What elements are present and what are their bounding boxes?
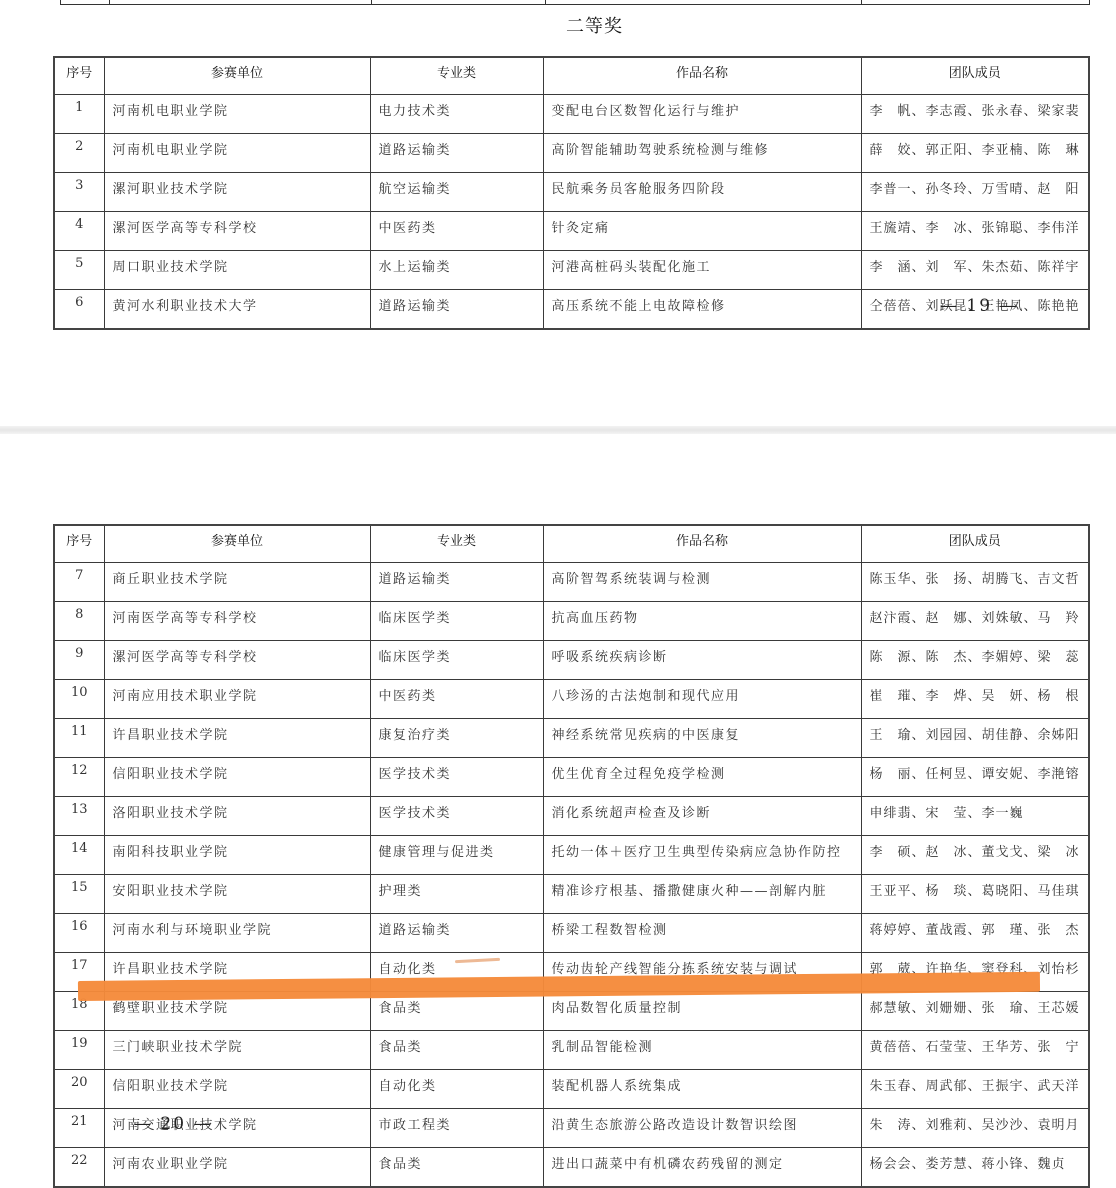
cell-unit: 漯河医学高等专科学校 (104, 212, 370, 251)
column-header-no: 序号 (54, 525, 104, 563)
previous-table-bottom-edge (60, 0, 1090, 5)
awards-table-page-20: 序号 参赛单位 专业类 作品名称 团队成员 7商丘职业技术学院道路运输类高阶智驾… (53, 524, 1090, 1188)
cell-unit: 河南应用技术职业学院 (104, 680, 370, 719)
cell-unit: 信阳职业技术学院 (104, 758, 370, 797)
cell-category: 医学技术类 (370, 797, 543, 836)
cell-number: 15 (54, 875, 104, 914)
cell-team-members: 李 帆、李志霞、张永春、梁家裴 (861, 95, 1089, 134)
cell-work-title: 装配机器人系统集成 (543, 1070, 861, 1109)
cell-team-members: 朱 涛、刘雅莉、吴沙沙、袁明月 (861, 1109, 1089, 1148)
cell-category: 自动化类 (370, 1070, 543, 1109)
cell-team-members: 申绯翡、宋 莹、李一巍 (861, 797, 1089, 836)
table-row: 19三门峡职业技术学院食品类乳制品智能检测黄蓓蓓、石莹莹、王华芳、张 宁 (54, 1031, 1089, 1070)
cell-category: 医学技术类 (370, 758, 543, 797)
cell-work-title: 沿黄生态旅游公路改造设计数智识绘图 (543, 1109, 861, 1148)
cell-category: 电力技术类 (370, 95, 543, 134)
column-header-no: 序号 (54, 57, 104, 95)
table-row: 11许昌职业技术学院康复治疗类神经系统常见疾病的中医康复王 瑜、刘园园、胡佳静、… (54, 719, 1089, 758)
page-number: — 19 — (940, 296, 1018, 316)
cell-number: 8 (54, 602, 104, 641)
cell-number: 3 (54, 173, 104, 212)
cell-unit: 信阳职业技术学院 (104, 1070, 370, 1109)
cell-unit: 河南农业职业学院 (104, 1148, 370, 1188)
cell-team-members: 李 硕、赵 冰、董戈戈、梁 冰 (861, 836, 1089, 875)
cell-number: 5 (54, 251, 104, 290)
cell-work-title: 高阶智驾系统装调与检测 (543, 563, 861, 602)
cell-work-title: 民航乘务员客舱服务四阶段 (543, 173, 861, 212)
cell-category: 航空运输类 (370, 173, 543, 212)
cell-work-title: 变配电台区数智化运行与维护 (543, 95, 861, 134)
cell-work-title: 进出口蔬菜中有机磷农药残留的测定 (543, 1148, 861, 1188)
cell-number: 20 (54, 1070, 104, 1109)
cell-team-members: 陈玉华、张 扬、胡腾飞、吉文哲 (861, 563, 1089, 602)
cell-work-title: 桥梁工程数智检测 (543, 914, 861, 953)
column-header-members: 团队成员 (861, 57, 1089, 95)
cell-work-title: 河港高桩码头装配化施工 (543, 251, 861, 290)
table-row: 2河南机电职业学院道路运输类高阶智能辅助驾驶系统检测与维修薛 姣、郭正阳、李亚楠… (54, 134, 1089, 173)
cell-unit: 周口职业技术学院 (104, 251, 370, 290)
column-header-members: 团队成员 (861, 525, 1089, 563)
cell-unit: 河南水利与环境职业学院 (104, 914, 370, 953)
cell-team-members: 朱玉春、周武郁、王振宇、武天洋 (861, 1070, 1089, 1109)
column-header-category: 专业类 (370, 57, 543, 95)
cell-category: 中医药类 (370, 212, 543, 251)
cell-category: 临床医学类 (370, 641, 543, 680)
cell-work-title: 肉品数智化质量控制 (543, 992, 861, 1031)
cell-number: 13 (54, 797, 104, 836)
cell-work-title: 八珍汤的古法炮制和现代应用 (543, 680, 861, 719)
table-row: 20信阳职业技术学院自动化类装配机器人系统集成朱玉春、周武郁、王振宇、武天洋 (54, 1070, 1089, 1109)
cell-unit: 商丘职业技术学院 (104, 563, 370, 602)
cell-category: 市政工程类 (370, 1109, 543, 1148)
cell-work-title: 乳制品智能检测 (543, 1031, 861, 1070)
table-row: 13洛阳职业技术学院医学技术类消化系统超声检查及诊断申绯翡、宋 莹、李一巍 (54, 797, 1089, 836)
cell-number: 2 (54, 134, 104, 173)
cell-category: 道路运输类 (370, 134, 543, 173)
cell-category: 护理类 (370, 875, 543, 914)
table-row: 6黄河水利职业技术大学道路运输类高压系统不能上电故障检修仝蓓蓓、刘跃昆、王艳凤、… (54, 290, 1089, 330)
document-page-19: 二等奖 序号 参赛单位 专业类 作品名称 团队成员 1河南机电职业学院电力技术类… (0, 0, 1116, 426)
cell-category: 道路运输类 (370, 914, 543, 953)
cell-number: 11 (54, 719, 104, 758)
cell-category: 食品类 (370, 1031, 543, 1070)
page-separator (0, 426, 1116, 434)
cell-unit: 黄河水利职业技术大学 (104, 290, 370, 330)
table-row: 12信阳职业技术学院医学技术类优生优育全过程免疫学检测杨 丽、任柯昱、谭安妮、李… (54, 758, 1089, 797)
cell-number: 16 (54, 914, 104, 953)
cell-category: 临床医学类 (370, 602, 543, 641)
cell-number: 22 (54, 1148, 104, 1188)
table-row: 14南阳科技职业学院健康管理与促进类托幼一体＋医疗卫生典型传染病应急协作防控李 … (54, 836, 1089, 875)
cell-unit: 漯河职业技术学院 (104, 173, 370, 212)
cell-team-members: 薛 姣、郭正阳、李亚楠、陈 琳 (861, 134, 1089, 173)
document-page-20: 序号 参赛单位 专业类 作品名称 团队成员 7商丘职业技术学院道路运输类高阶智驾… (0, 434, 1116, 1188)
cell-team-members: 郝慧敏、刘姗姗、张 瑜、王芯媛 (861, 992, 1089, 1031)
column-header-work: 作品名称 (543, 57, 861, 95)
column-header-unit: 参赛单位 (104, 525, 370, 563)
cell-team-members: 王旒靖、李 冰、张锦聪、李伟洋 (861, 212, 1089, 251)
cell-category: 水上运输类 (370, 251, 543, 290)
cell-work-title: 高阶智能辅助驾驶系统检测与维修 (543, 134, 861, 173)
table-row: 7商丘职业技术学院道路运输类高阶智驾系统装调与检测陈玉华、张 扬、胡腾飞、吉文哲 (54, 563, 1089, 602)
cell-team-members: 杨会会、娄芳慧、蒋小锋、魏贞 (861, 1148, 1089, 1188)
table-row: 16河南水利与环境职业学院道路运输类桥梁工程数智检测蒋婷婷、董战霞、郭 瑾、张 … (54, 914, 1089, 953)
cell-work-title: 托幼一体＋医疗卫生典型传染病应急协作防控 (543, 836, 861, 875)
cell-work-title: 消化系统超声检查及诊断 (543, 797, 861, 836)
cell-unit: 河南医学高等专科学校 (104, 602, 370, 641)
table-row: 3漯河职业技术学院航空运输类民航乘务员客舱服务四阶段李普一、孙冬玲、万雪晴、赵 … (54, 173, 1089, 212)
column-header-unit: 参赛单位 (104, 57, 370, 95)
cell-unit: 洛阳职业技术学院 (104, 797, 370, 836)
cell-team-members: 黄蓓蓓、石莹莹、王华芳、张 宁 (861, 1031, 1089, 1070)
cell-number: 12 (54, 758, 104, 797)
cell-number: 9 (54, 641, 104, 680)
cell-unit: 南阳科技职业学院 (104, 836, 370, 875)
cell-work-title: 精准诊疗根基、播撒健康火种——剖解内脏 (543, 875, 861, 914)
table-row: 10河南应用技术职业学院中医药类八珍汤的古法炮制和现代应用崔 璀、李 烨、吴 妍… (54, 680, 1089, 719)
cell-category: 健康管理与促进类 (370, 836, 543, 875)
cell-work-title: 针灸定痛 (543, 212, 861, 251)
cell-number: 4 (54, 212, 104, 251)
cell-team-members: 王亚平、杨 琰、葛晓阳、马佳琪 (861, 875, 1089, 914)
cell-category: 食品类 (370, 1148, 543, 1188)
table-row: 22河南农业职业学院食品类进出口蔬菜中有机磷农药残留的测定杨会会、娄芳慧、蒋小锋… (54, 1148, 1089, 1188)
cell-category: 道路运输类 (370, 290, 543, 330)
cell-team-members: 蒋婷婷、董战霞、郭 瑾、张 杰 (861, 914, 1089, 953)
section-title: 二等奖 (566, 12, 623, 38)
cell-unit: 三门峡职业技术学院 (104, 1031, 370, 1070)
cell-number: 19 (54, 1031, 104, 1070)
cell-team-members: 崔 璀、李 烨、吴 妍、杨 根 (861, 680, 1089, 719)
column-header-work: 作品名称 (543, 525, 861, 563)
cell-number: 10 (54, 680, 104, 719)
cell-work-title: 呼吸系统疾病诊断 (543, 641, 861, 680)
cell-number: 1 (54, 95, 104, 134)
cell-team-members: 杨 丽、任柯昱、谭安妮、李滟镕 (861, 758, 1089, 797)
cell-unit: 漯河医学高等专科学校 (104, 641, 370, 680)
cell-number: 14 (54, 836, 104, 875)
cell-category: 康复治疗类 (370, 719, 543, 758)
cell-unit: 河南机电职业学院 (104, 95, 370, 134)
page-number: — 20 — (134, 1114, 212, 1134)
cell-unit: 河南机电职业学院 (104, 134, 370, 173)
cell-unit: 安阳职业技术学院 (104, 875, 370, 914)
table-row: 1河南机电职业学院电力技术类变配电台区数智化运行与维护李 帆、李志霞、张永春、梁… (54, 95, 1089, 134)
table-header-row: 序号 参赛单位 专业类 作品名称 团队成员 (54, 525, 1089, 563)
cell-team-members: 李 涵、刘 军、朱杰茹、陈祥宇 (861, 251, 1089, 290)
cell-unit: 许昌职业技术学院 (104, 719, 370, 758)
cell-work-title: 优生优育全过程免疫学检测 (543, 758, 861, 797)
cell-team-members: 赵汴霞、赵 娜、刘姝敏、马 羚 (861, 602, 1089, 641)
table-row: 9漯河医学高等专科学校临床医学类呼吸系统疾病诊断陈 源、陈 杰、李媚婷、梁 蕊 (54, 641, 1089, 680)
cell-work-title: 抗高血压药物 (543, 602, 861, 641)
table-row: 15安阳职业技术学院护理类精准诊疗根基、播撒健康火种——剖解内脏王亚平、杨 琰、… (54, 875, 1089, 914)
column-header-category: 专业类 (370, 525, 543, 563)
cell-team-members: 李普一、孙冬玲、万雪晴、赵 阳 (861, 173, 1089, 212)
cell-team-members: 王 瑜、刘园园、胡佳静、余姊阳 (861, 719, 1089, 758)
cell-work-title: 神经系统常见疾病的中医康复 (543, 719, 861, 758)
cell-work-title: 高压系统不能上电故障检修 (543, 290, 861, 330)
cell-number: 7 (54, 563, 104, 602)
cell-category: 道路运输类 (370, 563, 543, 602)
awards-table-page-19: 序号 参赛单位 专业类 作品名称 团队成员 1河南机电职业学院电力技术类变配电台… (53, 56, 1090, 330)
cell-team-members: 陈 源、陈 杰、李媚婷、梁 蕊 (861, 641, 1089, 680)
table-row: 4漯河医学高等专科学校中医药类针灸定痛王旒靖、李 冰、张锦聪、李伟洋 (54, 212, 1089, 251)
table-header-row: 序号 参赛单位 专业类 作品名称 团队成员 (54, 57, 1089, 95)
table-row: 8河南医学高等专科学校临床医学类抗高血压药物赵汴霞、赵 娜、刘姝敏、马 羚 (54, 602, 1089, 641)
cell-category: 中医药类 (370, 680, 543, 719)
table-row: 5周口职业技术学院水上运输类河港高桩码头装配化施工李 涵、刘 军、朱杰茹、陈祥宇 (54, 251, 1089, 290)
cell-number: 6 (54, 290, 104, 330)
cell-number: 21 (54, 1109, 104, 1148)
